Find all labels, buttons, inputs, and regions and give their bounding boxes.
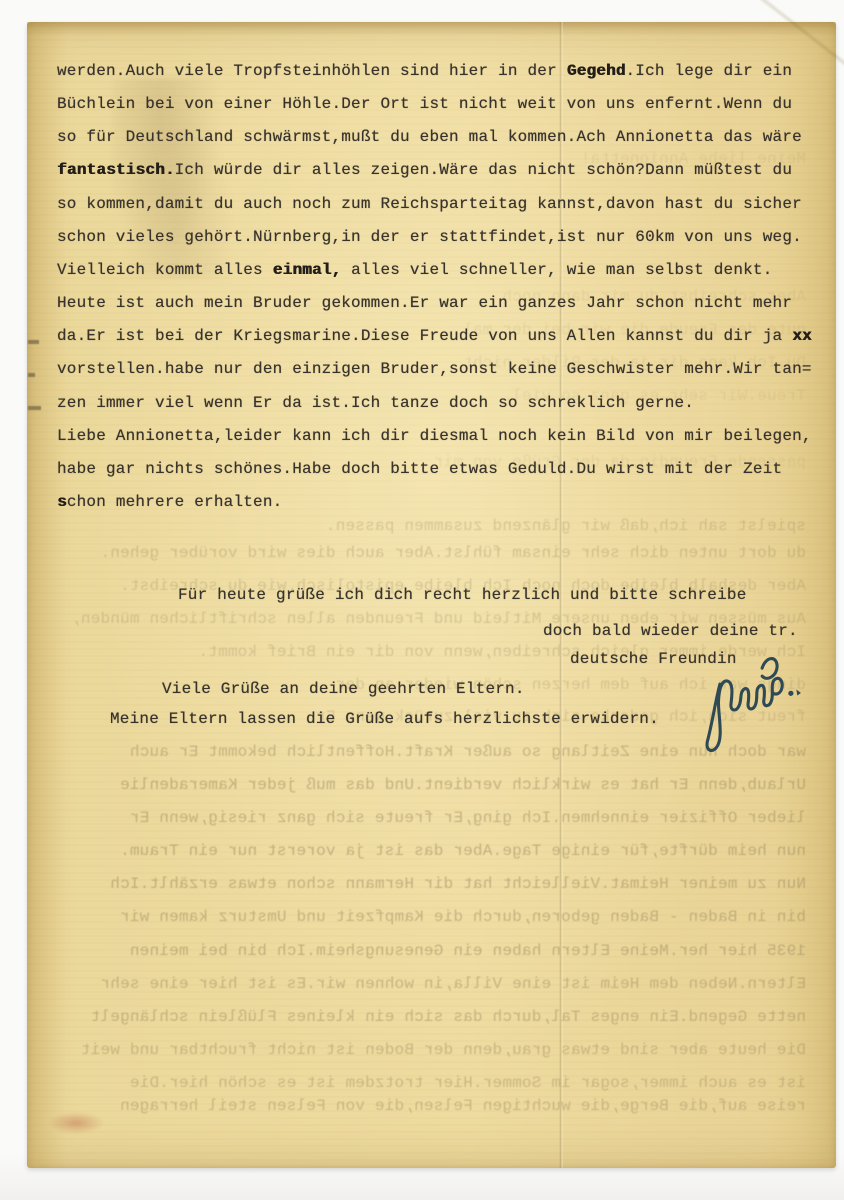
letter-line: Liebe Annionetta,leider kann ich dir die… bbox=[57, 426, 812, 446]
letter-text-segment: Viele Grüße an deine geehrten Eltern. bbox=[162, 680, 525, 698]
scanned-letter: Meine liebe Annionetta!Aber schreibst du… bbox=[0, 0, 844, 1200]
letter-text-segment: so für Deutschland schwärmst,mußt du ebe… bbox=[57, 128, 802, 146]
letter-line: schon mehrere erhalten. bbox=[57, 492, 282, 512]
letter-line: Für heute grüße ich dich recht herzlich … bbox=[178, 585, 747, 605]
bleedthrough-line: du dort unten dich sehr einsam fühlst.Ab… bbox=[42, 543, 806, 563]
bleedthrough-line: Die heute aber sind etwas grau,denn der … bbox=[42, 1040, 806, 1060]
letter-line: Viele Grüße an deine geehrten Eltern. bbox=[162, 679, 525, 699]
bleedthrough-line: spielst sah ich,daß wir glänzend zusamme… bbox=[42, 516, 806, 536]
letter-text-segment: Liebe Annionetta,leider kann ich dir die… bbox=[57, 427, 812, 445]
letter-text-segment: alles viel schneller, wie man selbst den… bbox=[341, 261, 772, 279]
bleedthrough-line: nun heim dürfte,für einige Tage.Aber das… bbox=[42, 841, 806, 861]
letter-line: Vielleich kommt alles einmal, alles viel… bbox=[57, 260, 773, 280]
letter-text-segment: Büchlein bei von einer Höhle.Der Ort ist… bbox=[57, 95, 792, 113]
letter-text-segment: Für heute grüße ich dich recht herzlich … bbox=[178, 586, 747, 604]
bleedthrough-line: Eltern.Neben dem Heim ist eine Villa,in … bbox=[42, 974, 806, 994]
letter-text-segment: habe gar nichts schönes.Habe doch bitte … bbox=[57, 460, 782, 478]
bleedthrough-line: Nun zu meiner Heimat.Vielleicht hat dir … bbox=[42, 874, 806, 894]
bleedthrough-line: lieber Offizier einnehmen.Ich ging,Er fr… bbox=[42, 808, 806, 828]
letter-text-segment: Vielleich kommt alles bbox=[57, 261, 273, 279]
letter-line: werden.Auch viele Tropfsteinhöhlen sind … bbox=[57, 61, 792, 81]
letter-line: Meine Eltern lassen die Grüße aufs herzl… bbox=[110, 709, 659, 729]
letter-text-segment: vorstellen.habe nur den einzigen Bruder,… bbox=[57, 360, 812, 378]
letter-text-segment: einmal, bbox=[273, 261, 342, 279]
handwritten-signature bbox=[681, 634, 820, 760]
letter-line: schon vieles gehört.Nürnberg,in der er s… bbox=[57, 227, 802, 247]
letter-line: fantastisch.Ich würde dir alles zeigen.W… bbox=[57, 160, 792, 180]
letter-line: habe gar nichts schönes.Habe doch bitte … bbox=[57, 459, 782, 479]
letter-line: Büchlein bei von einer Höhle.Der Ort ist… bbox=[57, 94, 792, 114]
letter-text-segment: da.Er ist bei der Kriegsmarine.Diese Fre… bbox=[57, 327, 792, 345]
bleedthrough-line: Urlaub,denn Er hat es wirklich verdient.… bbox=[42, 775, 806, 795]
letter-text-segment: Meine Eltern lassen die Grüße aufs herzl… bbox=[110, 710, 659, 728]
letter-text-segment: xx bbox=[792, 327, 812, 345]
bleedthrough-line: reise auf,die Berge,die wuchtigen Felsen… bbox=[42, 1096, 806, 1116]
edge-bleed-mark bbox=[28, 373, 35, 377]
edge-bleed-mark bbox=[28, 340, 39, 344]
letter-text-segment: werden.Auch viele Tropfsteinhöhlen sind … bbox=[57, 62, 567, 80]
letter-line: Heute ist auch mein Bruder gekommen.Er w… bbox=[57, 293, 792, 313]
letter-text-segment: so kommen,damit du auch noch zum Reichsp… bbox=[57, 195, 802, 213]
bleedthrough-line: bin in Baden - Baden geboren,durch die K… bbox=[42, 907, 806, 927]
letter-line: vorstellen.habe nur den einzigen Bruder,… bbox=[57, 359, 812, 379]
letter-text-segment: zen immer viel wenn Er da ist.Ich tanze … bbox=[57, 394, 694, 412]
letter-text-segment: .Ich lege dir ein bbox=[626, 62, 793, 80]
letter-text-segment: Gegehd bbox=[567, 62, 626, 80]
letter-line: so für Deutschland schwärmst,mußt du ebe… bbox=[57, 127, 802, 147]
paper-top-edge bbox=[27, 22, 836, 36]
edge-bleed-mark bbox=[28, 406, 41, 410]
bleedthrough-line: nette Gegend.Ein enges Tal,durch das sic… bbox=[42, 1007, 806, 1027]
letter-text-segment: schon vieles gehört.Nürnberg,in der er s… bbox=[57, 228, 802, 246]
letter-line: so kommen,damit du auch noch zum Reichsp… bbox=[57, 194, 802, 214]
letter-text-segment: Heute ist auch mein Bruder gekommen.Er w… bbox=[57, 294, 792, 312]
letter-text-segment: fantastisch. bbox=[57, 161, 175, 179]
bleedthrough-line: war doch nun eine Zeitlang so außer Kraf… bbox=[42, 742, 806, 762]
letter-text-segment: doch bald wieder deine tr. bbox=[543, 622, 798, 640]
letter-line: da.Er ist bei der Kriegsmarine.Diese Fre… bbox=[57, 326, 812, 346]
bleedthrough-line: ist es auch immer,sogar im Sommer.Hier t… bbox=[42, 1073, 806, 1093]
letter-text-segment: chon mehrere erhalten. bbox=[67, 493, 283, 511]
letter-line: zen immer viel wenn Er da ist.Ich tanze … bbox=[57, 393, 694, 413]
letter-text-segment: s bbox=[57, 493, 67, 511]
bleedthrough-line: 1935 hier her.Meine Eltern haben ein Gen… bbox=[42, 941, 806, 961]
letter-text-segment: Ich würde dir alles zeigen.Wäre das nich… bbox=[175, 161, 793, 179]
letter-line: doch bald wieder deine tr. bbox=[543, 621, 798, 641]
